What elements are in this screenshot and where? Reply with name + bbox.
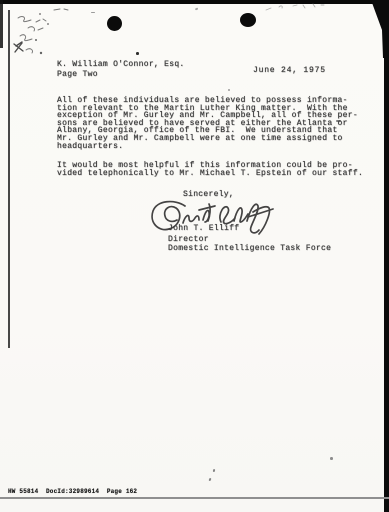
signer-organization: Domestic Intelligence Task Force xyxy=(168,245,331,253)
body-paragraph-1: All of these individuals are believed to… xyxy=(57,97,358,150)
signer-title: Director xyxy=(168,236,209,244)
scan-speck xyxy=(228,89,230,91)
scan-speck xyxy=(208,478,211,481)
scan-speck xyxy=(136,52,139,55)
scan-speck xyxy=(330,457,333,460)
hole-punch-icon xyxy=(240,13,256,27)
pencil-marks-top-right xyxy=(262,1,337,15)
scan-edge-corner-wedge xyxy=(369,0,389,58)
body-paragraph-2: It would be most helpful if this informa… xyxy=(57,162,363,177)
hole-punch-icon xyxy=(107,16,122,31)
scan-edge-left-line xyxy=(8,10,10,348)
scan-edge-left-corner xyxy=(0,0,3,48)
archive-reference-stamp: HW 55814 DocId:32989614 Page 162 xyxy=(8,488,137,495)
scan-edge-bottom-line xyxy=(0,497,389,499)
scan-speck xyxy=(91,12,95,13)
scan-speck xyxy=(213,469,216,472)
signer-name: John T. Elliff xyxy=(168,225,239,233)
recipient-name: K. William O'Connor, Esq. xyxy=(57,61,185,69)
pencil-scribbles xyxy=(10,6,74,60)
letter-date: June 24, 1975 xyxy=(253,67,326,75)
scanned-letter-page: K. William O'Connor, Esq. Page Two June … xyxy=(0,0,389,512)
scan-edge-right xyxy=(384,0,389,512)
scan-speck xyxy=(195,8,198,10)
page-label: Page Two xyxy=(57,71,98,79)
